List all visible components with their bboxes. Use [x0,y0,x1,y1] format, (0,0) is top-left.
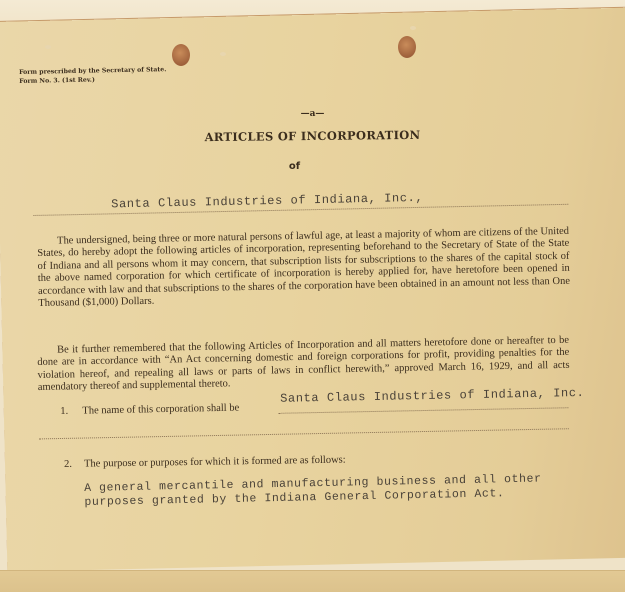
dotted-line [278,407,568,414]
paragraph-text: The undersigned, being three or more nat… [37,226,570,311]
title-of: of [0,161,607,172]
paragraph-subscriptions: The undersigned, being three or more nat… [37,226,570,311]
article-value-typed: Santa Claus Industries of Indiana, Inc. [280,386,584,406]
document-title: ARTICLES OF INCORPORATION [0,126,625,147]
form-note: Form prescribed by the Secretary of Stat… [19,65,167,86]
document-page: Form prescribed by the Secretary of Stat… [0,0,625,592]
form-note-line-2: Form No. 3. (1st Rev.) [19,74,166,86]
article-2-purpose: 2. The purpose or purposes for which it … [64,451,584,459]
article-2-value-typed: A general mercantile and manufacturing b… [84,472,584,510]
section-mark: —a— [0,109,625,119]
article-label: The name of this corporation shall be [82,403,239,417]
article-label: The purpose or purposes for which it is … [84,455,346,470]
dotted-line [39,428,569,439]
article-number: 2. [64,459,72,470]
corporation-name-field: Santa Claus Industries of Indiana, Inc., [33,184,568,217]
article-number: 1. [60,406,68,417]
